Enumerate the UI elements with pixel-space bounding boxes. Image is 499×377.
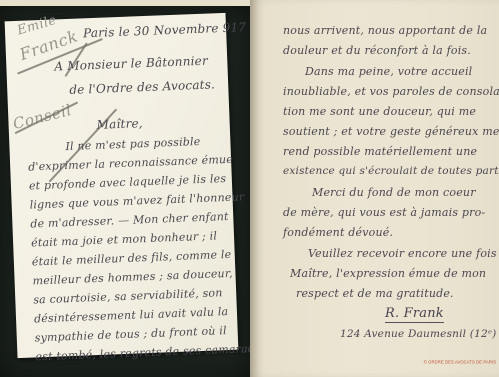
handwritten-line: meilleur des hommes ; sa douceur, [32,267,233,288]
handwritten-line: et profonde avec laquelle je lis les [29,172,227,193]
handwritten-line: respect et de ma gratitude. [296,287,454,300]
recipient-line: de l'Ordre des Avocats. [69,77,215,97]
sender-address: 124 Avenue Daumesnil (12ᵉ) [340,328,496,340]
dateline: Paris le 30 Novembre 917 [83,20,247,40]
handwritten-line: Dans ma peine, votre accueil [305,65,472,78]
handwritten-line: Veuillez recevoir encore une fois [308,247,497,260]
handwritten-line: nous arrivent, nous apportant de la [283,24,487,37]
handwritten-line: d'exprimer la reconnaissance émue [28,153,233,174]
handwritten-line: soutient ; et votre geste généreux me [283,125,499,138]
handwritten-line: fondément dévoué. [283,226,393,239]
handwritten-line: de mère, qui vous est à jamais pro- [283,206,485,219]
handwritten-line: inoubliable, et vos paroles de consola- [283,85,499,98]
handwritten-line: était le meilleur des fils, comme le [32,248,232,269]
handwritten-line: existence qui s'écroulait de toutes part… [283,165,499,177]
letter-page-1: Emile Franck Conseil Paris le 30 Novembr… [5,13,239,358]
handwritten-line: Maître, l'expression émue de mon [290,267,486,280]
handwritten-line: sympathie de tous ; du front où il [35,324,227,344]
handwritten-line: tion me sont une douceur, qui me [283,105,476,118]
handwritten-line: Il ne m'est pas possible [65,135,200,153]
handwritten-line: rend possible matériellement une [283,145,477,158]
salutation: Maître, [96,116,143,132]
handwritten-line: sa courtoisie, sa serviabilité, son [33,286,223,306]
letter-page-2: nous arrivent, nous apportant de la doul… [250,0,499,377]
handwritten-line: Merci du fond de mon coeur [312,186,476,199]
handwritten-line: douleur et du réconfort à la fois. [283,44,471,57]
handwritten-line: était ma joie et mon bonheur ; il [31,229,217,249]
letter-scan: Emile Franck Conseil Paris le 30 Novembr… [0,0,499,377]
signature: R. Frank [385,306,444,323]
archive-credit: © ORDRE DES AVOCATS DE PARIS [424,360,496,365]
handwritten-line: désintéressement lui avait valu la [34,305,229,325]
handwritten-line: lignes que vous m'avez fait l'honneur [29,190,244,211]
handwritten-line: de m'adresser. — Mon cher enfant [30,210,229,231]
